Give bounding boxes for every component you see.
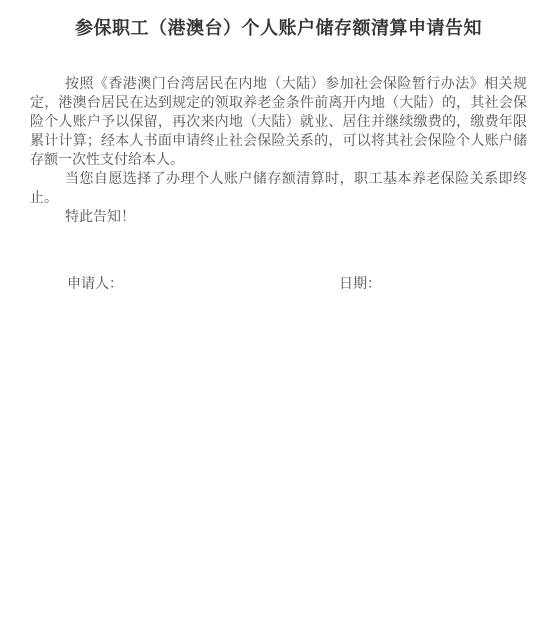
signature-row: 申请人： 日期： (30, 273, 527, 293)
date-label: 日期： (339, 273, 381, 293)
applicant-label: 申请人： (67, 273, 123, 293)
body-paragraph-main: 按照《香港澳门台湾居民在内地（大陆）参加社会保险暂行办法》相关规定，港澳台居民在… (30, 75, 527, 170)
body-paragraph-liquidation-note: 当您自愿选择了办理个人账户储存额清算时，职工基本养老保险关系即终止。 (30, 170, 527, 208)
document-title: 参保职工（港澳台）个人账户储存额清算申请告知 (30, 16, 527, 40)
notice-document-page: 参保职工（港澳台）个人账户储存额清算申请告知 按照《香港澳门台湾居民在内地（大陆… (0, 0, 558, 630)
document-body: 按照《香港澳门台湾居民在内地（大陆）参加社会保险暂行办法》相关规定，港澳台居民在… (30, 75, 527, 227)
body-paragraph-closing: 特此告知！ (30, 208, 527, 227)
